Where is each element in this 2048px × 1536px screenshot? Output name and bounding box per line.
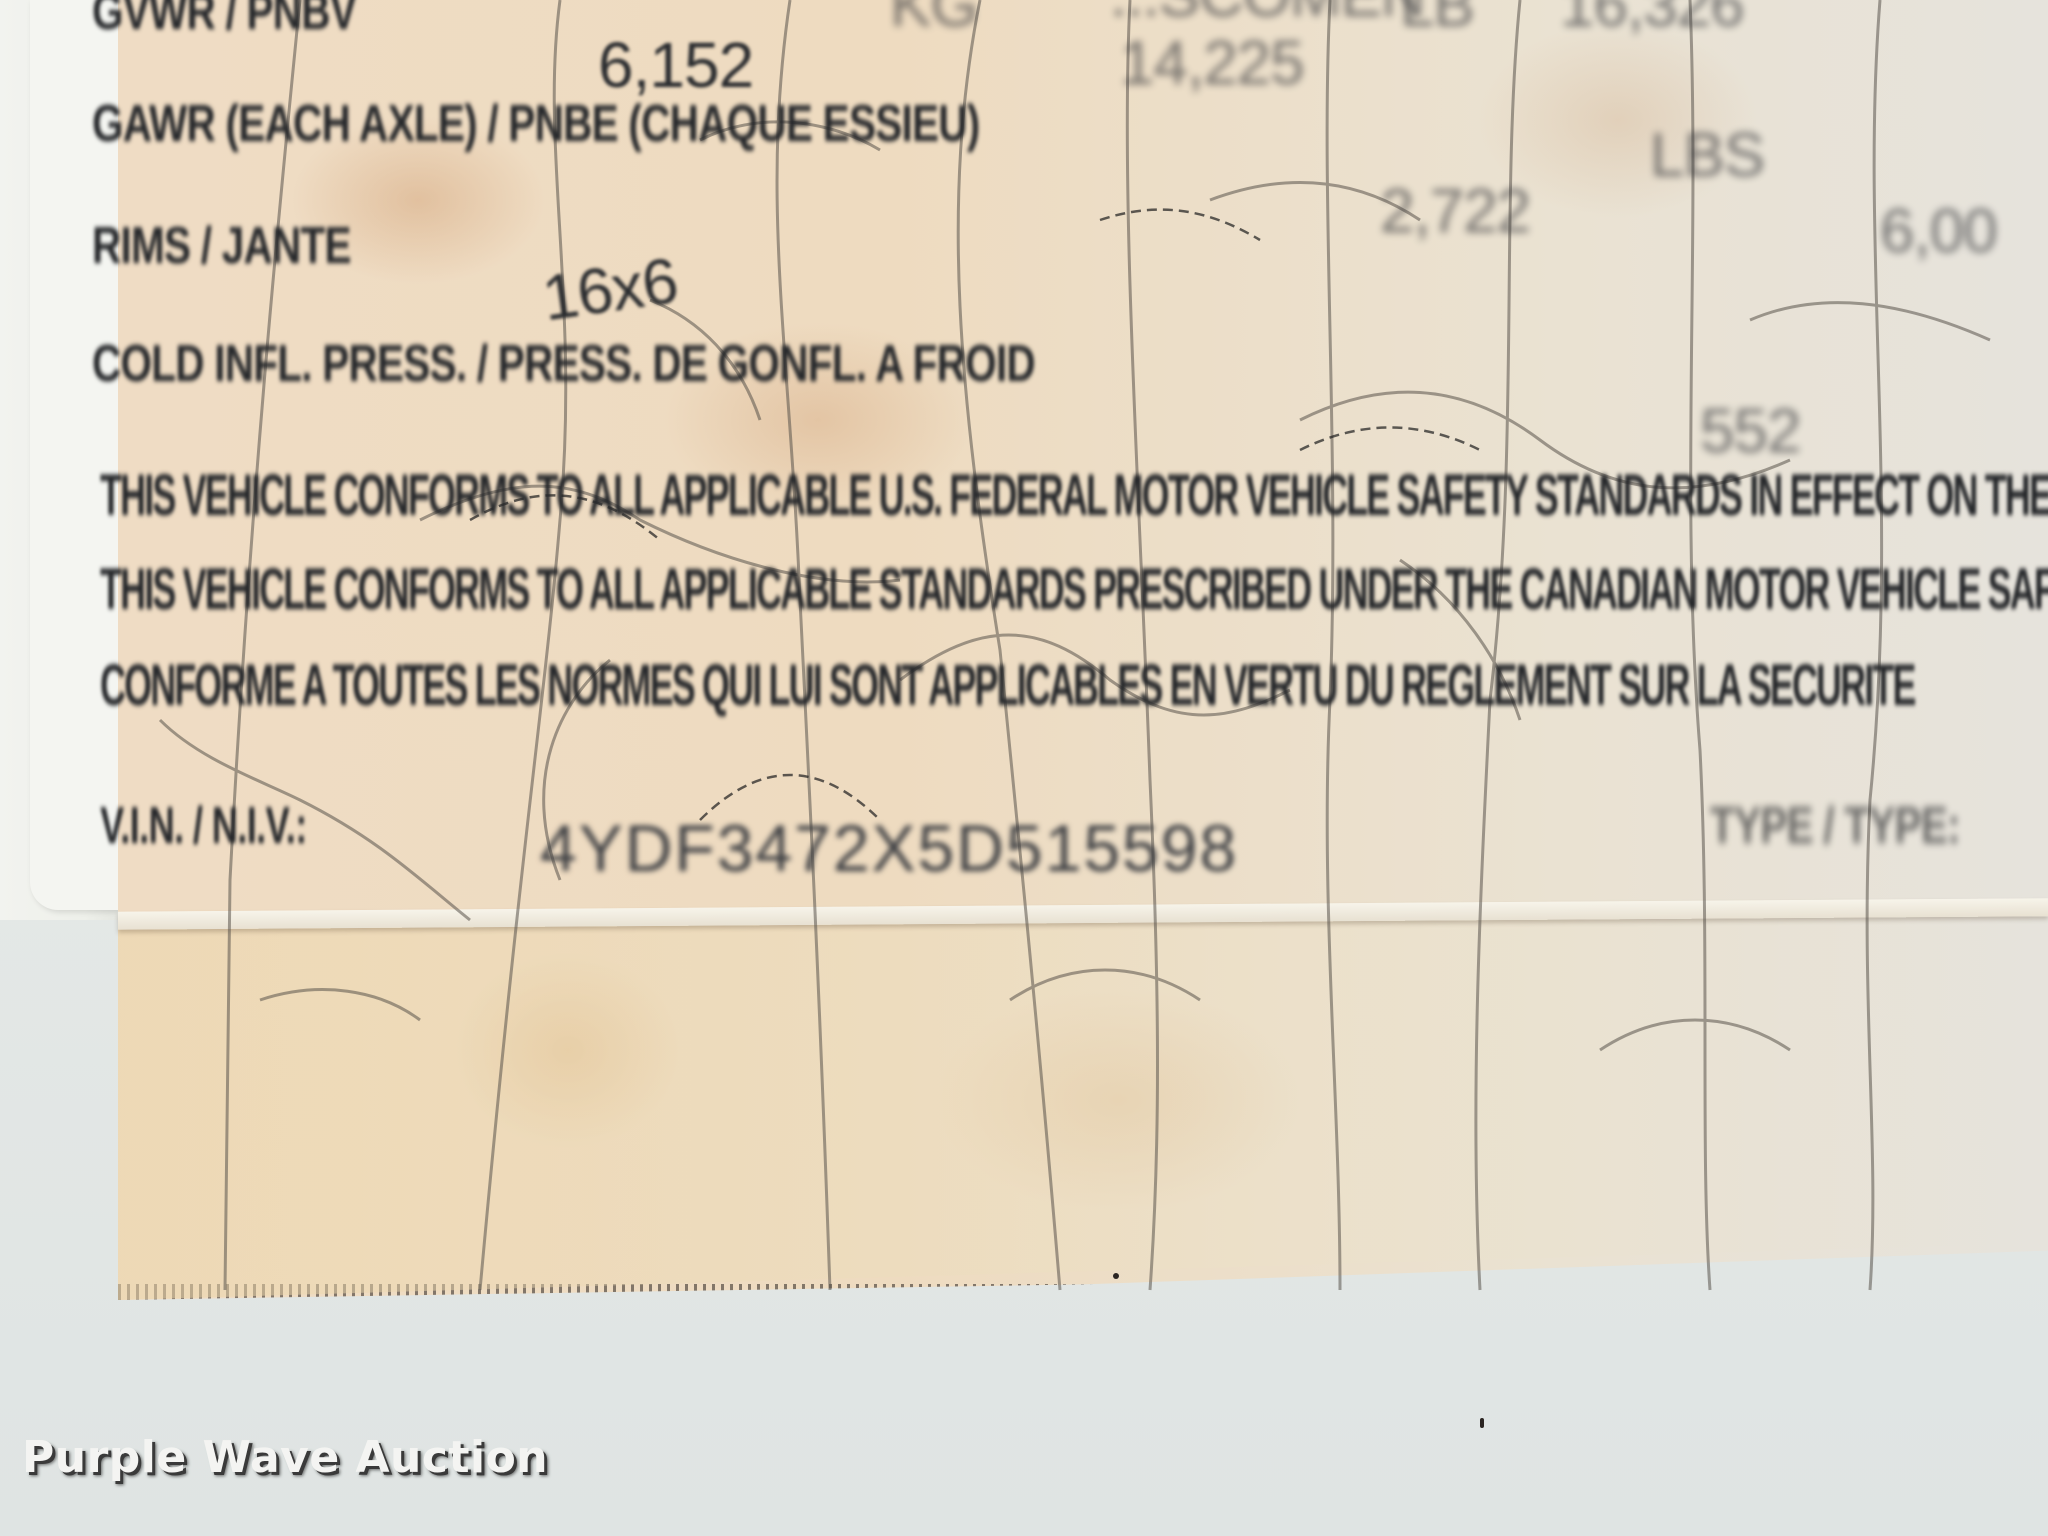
crack-pattern — [0, 0, 2048, 1300]
vin-label: V.I.N. / N.I.V.: — [100, 796, 307, 856]
rims-value: 2,722 — [1380, 176, 1530, 247]
gvwr-value: 16,326 — [1560, 0, 1744, 41]
statement-line-1: THIS VEHICLE CONFORMS TO ALL APPLICABLE … — [100, 462, 2048, 529]
rims-unit: LBS — [1650, 120, 1764, 191]
rims-value-right: 6,00 — [1880, 196, 1997, 267]
label-row-gvwr: GVWR / PNBV — [92, 0, 356, 42]
watermark: Purple Wave Auction — [22, 1432, 548, 1483]
statement-line-3: CONFORME A TOUTES LES NORMES QUI LUI SON… — [100, 652, 1915, 719]
cold-infl-value: 552 — [1700, 396, 1800, 467]
vin-label-photo: GVWR / PNBV KG ...SCOMEN LB 16,326 6,152… — [0, 0, 2048, 1536]
gvwr-unit-kg: KG — [890, 0, 978, 41]
vin-value: 4YDF3472X5D515598 — [540, 810, 1238, 886]
gawr-handwritten-value: 6,152 — [598, 28, 753, 102]
label-row-cold-infl: COLD INFL. PRESS. / PRESS. DE GONFL. A F… — [92, 334, 1035, 394]
gawr-value-top: 14,225 — [1120, 28, 1304, 99]
label-row-rims: RIMS / JANTE — [92, 216, 351, 276]
type-label: TYPE / TYPE: — [1710, 796, 1960, 856]
statement-line-2: THIS VEHICLE CONFORMS TO ALL APPLICABLE … — [100, 556, 2048, 623]
gvwr-unit-lb: LB — [1400, 0, 1474, 41]
label-row-gawr: GAWR (EACH AXLE) / PNBE (CHAQUE ESSIEU) — [92, 94, 979, 154]
gvwr-header-fragment: ...SCOMEN — [1110, 0, 1425, 31]
